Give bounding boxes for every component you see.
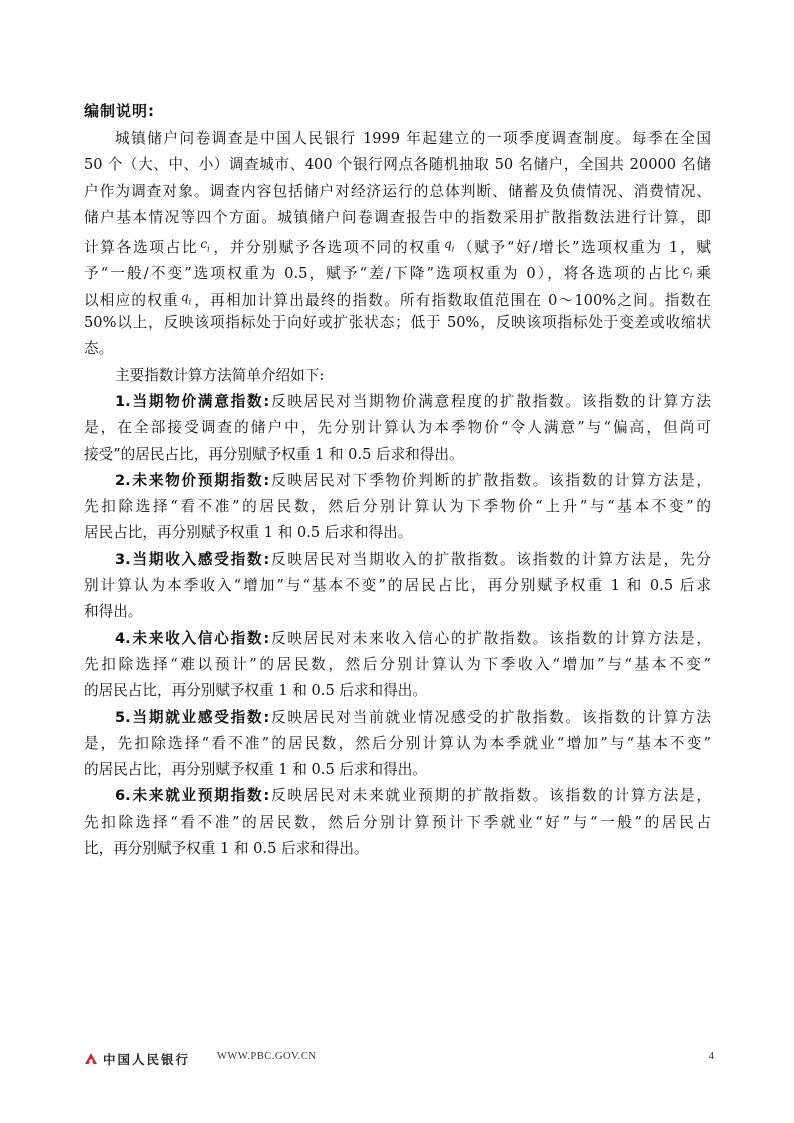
variable-c: ci [198,237,211,251]
paragraph-line: 别计算认为本季收入“增加”与“基本不变”的居民占比，再分别赋予权重 1 和 0.… [84,573,711,599]
paragraph-line: 计算各选项占比ci，并分别赋予各选项不同的权重qi（赋予“好/增长”选项权重为 … [84,231,711,257]
paragraph-line: 先扣除选择“看不准”的居民数，然后分别计算预计下季就业“好”与“一般”的居民占 [84,810,711,836]
document-page: 编制说明: 城镇储户问卷调查是中国人民银行 1999 年起建立的一项季度调查制度… [0,0,794,1123]
paragraph-line: 是，先扣除选择“看不准”的居民数，然后分别计算认为本季就业“增加”与“基本不变” [84,731,711,757]
paragraph-line: 比，再分别赋予权重 1 和 0.5 后求和得出。 [84,836,711,862]
paragraph-line: 的居民占比，再分别赋予权重 1 和 0.5 后求和得出。 [84,678,711,704]
paragraph-line: 的居民占比，再分别赋予权重 1 和 0.5 后求和得出。 [84,757,711,783]
variable-symbol: q [181,290,189,304]
variable-symbol: q [444,237,452,251]
logo-text: 中国人民银行 [103,1050,190,1068]
item-text: 反映居民对当前就业情况感受的扩散指数。该指数的计算方法 [269,709,711,726]
variable-q: qi [179,290,193,304]
text-fragment: 予“一般/不变”选项权重为 0.5，赋予“差/下降”选项权重为 0），将各选项的… [84,265,681,282]
text-fragment: ，并分别赋予各选项不同的权重 [212,239,442,256]
method-item-3: 3.当期收入感受指数:反映居民对当期收入的扩散指数。该指数的计算方法是，先分 [84,547,711,573]
item-text: 反映居民对未来就业预期的扩散指数。该指数的计算方法是， [269,787,711,804]
item-heading: 5.当期就业感受指数: [115,709,269,726]
paragraph-line: 50%以上，反映该项指标处于向好或扩张状态；低于 50%，反映该项指标处于变差或… [84,310,711,336]
variable-subscript: i [189,297,192,306]
paragraph-line: 接受”的居民占比，再分别赋予权重 1 和 0.5 后求和得出。 [84,442,711,468]
variable-subscript: i [452,245,455,254]
method-item-6: 6.未来就业预期指数:反映居民对未来就业预期的扩散指数。该指数的计算方法是， [84,783,711,809]
item-text: 反映居民对当期物价满意程度的扩散指数。该指数的计算方法 [269,393,711,410]
variable-q: qi [442,237,456,251]
item-heading: 1.当期物价满意指数: [115,393,269,410]
item-heading: 6.未来就业预期指数: [115,787,269,804]
text-fragment: （赋予“好/增长”选项权重为 1，赋 [456,239,711,256]
website-url[interactable]: WWW.PBC.GOV.CN [217,1051,316,1062]
text-fragment: ，再相加计算出最终的指数。所有指数取值范围在 0～100%之间。指数在 [193,292,711,309]
text-fragment: 计算各选项占比 [84,239,198,256]
paragraph-line: 户作为调查对象。调查内容包括储户对经济运行的总体判断、储蓄及负债情况、消费情况、 [84,179,711,205]
item-text: 反映居民对下季物价判断的扩散指数。该指数的计算方法是， [269,472,711,489]
text-fragment: 乘 [694,265,711,282]
page-number: 4 [709,1050,715,1062]
item-heading: 2.未来物价预期指数: [115,472,269,489]
paragraph-line: 态。 [84,336,711,362]
variable-subscript: i [690,271,693,280]
paragraph-line: 城镇储户问卷调查是中国人民银行 1999 年起建立的一项季度调查制度。每季在全国 [84,126,711,152]
item-text: 反映居民对当期收入的扩散指数。该指数的计算方法是，先分 [269,551,711,568]
page-footer: 中国人民银行 WWW.PBC.GOV.CN 4 [84,1050,714,1070]
variable-c: ci [681,263,694,277]
variable-symbol: c [683,263,690,277]
paragraph-line: 以相应的权重qi，再相加计算出最终的指数。所有指数取值范围在 0～100%之间。… [84,284,711,310]
paragraph-line: 储户基本情况等四个方面。城镇储户问卷调查报告中的指数采用扩散指数法进行计算，即 [84,205,711,231]
methods-intro: 主要指数计算方法简单介绍如下: [84,363,711,389]
item-text: 反映居民对未来收入信心的扩散指数。该指数的计算方法是， [269,630,711,647]
paragraph-line: 和得出。 [84,599,711,625]
paragraph-line: 予“一般/不变”选项权重为 0.5，赋予“差/下降”选项权重为 0），将各选项的… [84,257,711,283]
paragraph-line: 50 个（大、中、小）调查城市、400 个银行网点各随机抽取 50 名储户，全国… [84,152,711,178]
method-item-1: 1.当期物价满意指数:反映居民对当期物价满意程度的扩散指数。该指数的计算方法 [84,389,711,415]
method-item-5: 5.当期就业感受指数:反映居民对当前就业情况感受的扩散指数。该指数的计算方法 [84,705,711,731]
variable-subscript: i [207,245,210,254]
method-item-4: 4.未来收入信心指数:反映居民对未来收入信心的扩散指数。该指数的计算方法是， [84,626,711,652]
method-item-2: 2.未来物价预期指数:反映居民对下季物价判断的扩散指数。该指数的计算方法是， [84,468,711,494]
paragraph-line: 先扣除选择“看不准”的居民数，然后分别计算认为下季物价“上升”与“基本不变”的 [84,494,711,520]
paragraph-line: 先扣除选择“难以预计”的居民数，然后分别计算认为下季收入“增加”与“基本不变” [84,652,711,678]
item-heading: 3.当期收入感受指数: [115,551,269,568]
item-heading: 4.未来收入信心指数: [115,630,269,647]
pbc-logo: 中国人民银行 [84,1050,190,1068]
document-body: 城镇储户问卷调查是中国人民银行 1999 年起建立的一项季度调查制度。每季在全国… [84,126,711,862]
text-fragment: 以相应的权重 [84,292,179,309]
pbc-logo-icon [84,1052,98,1066]
paragraph-line: 居民占比，再分别赋予权重 1 和 0.5 后求和得出。 [84,520,711,546]
section-title: 编制说明: [84,100,155,121]
paragraph-line: 是，在全部接受调查的储户中，先分别计算认为本季物价“令人满意”与“偏高，但尚可 [84,415,711,441]
